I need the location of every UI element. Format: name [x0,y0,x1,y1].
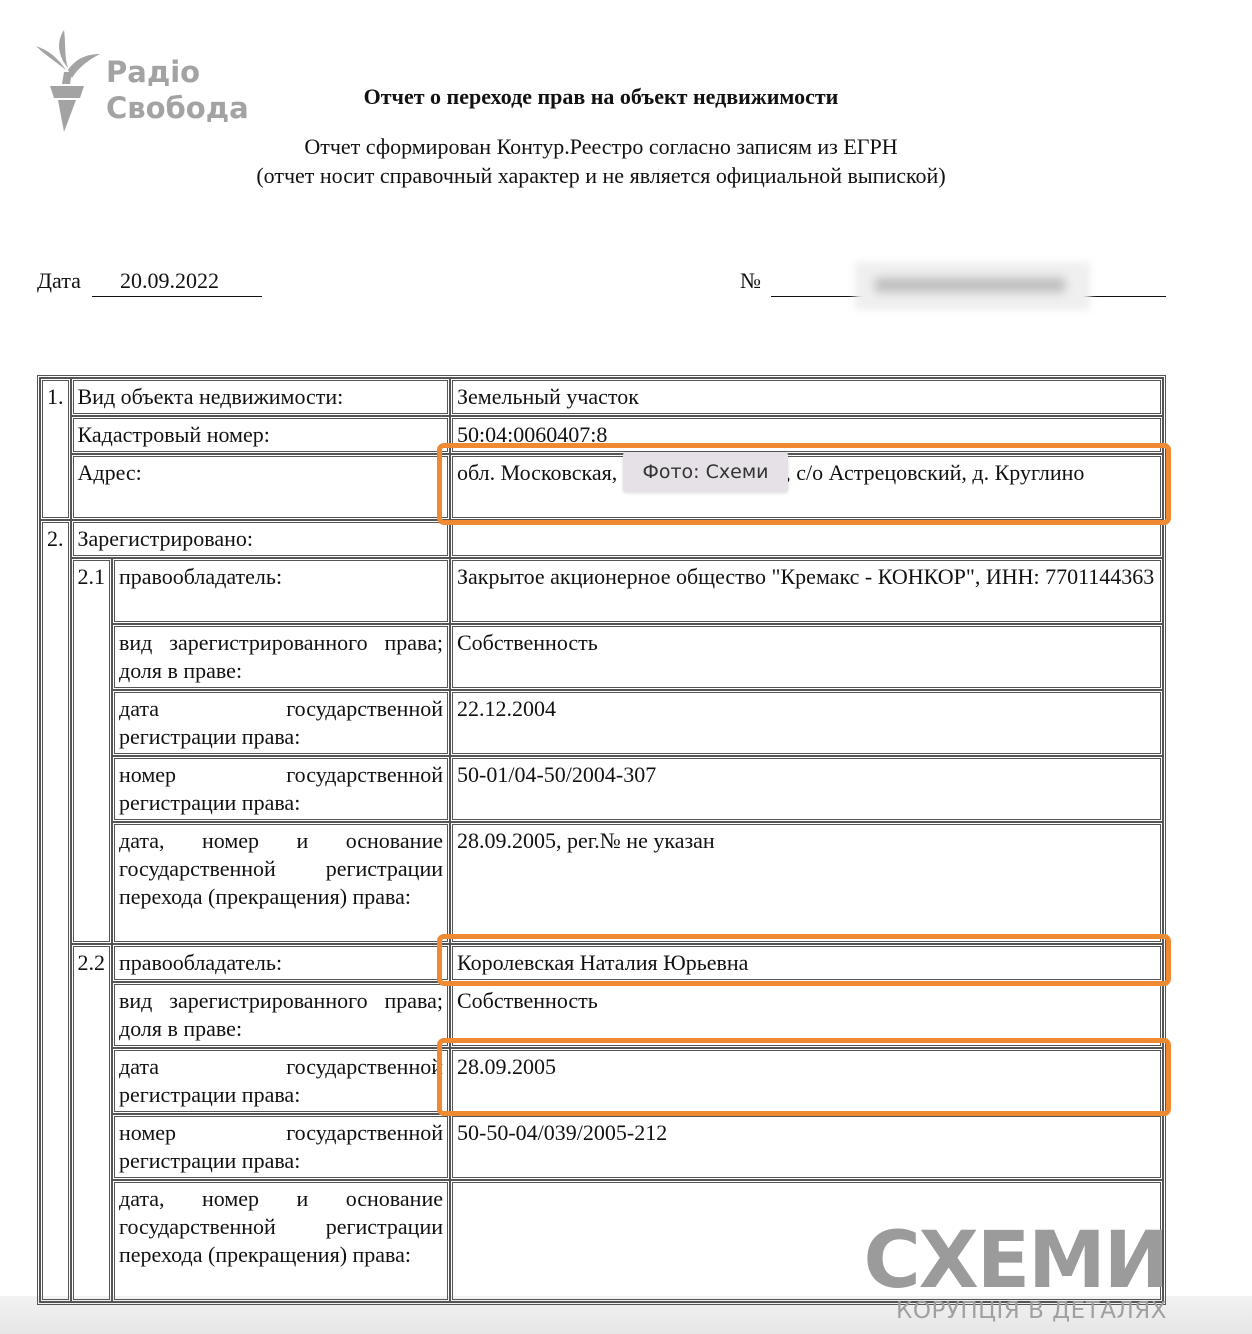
holder-number: 2.1 [71,558,113,944]
row-label: правообладатель: [112,558,450,624]
table-row: номер государственной регистрации права:… [40,756,1163,822]
report-subtitle: Отчет сформирован Контур.Реестро согласн… [0,134,1202,160]
row-label: Зарегистрировано: [71,520,451,558]
section-number: 1. [40,378,71,520]
holder-value: Закрытое акционерное общество "Кремакс -… [450,558,1163,624]
row-label: номер государственной регистрации права: [112,756,450,822]
table-row: 1. Вид объекта недвижимости: Земельный у… [40,378,1163,416]
address-highlight [437,443,1171,525]
table-row: дата, номер и основание государственной … [40,822,1163,944]
table-row: дата государственной регистрации права: … [40,690,1163,756]
date-value: 20.09.2022 [92,268,262,297]
row-label: дата государственной регистрации права: [112,1048,450,1114]
object-type-value: Земельный участок [450,378,1163,416]
row-label: Кадастровый номер: [71,416,451,454]
report-title: Отчет о переходе прав на объект недвижим… [0,84,1202,110]
owner-highlight [437,934,1171,986]
row-label: Вид объекта недвижимости: [71,378,451,416]
row-label: вид зарегистрированного права; доля в пр… [112,982,450,1048]
row-label: правообладатель: [112,944,450,982]
row-label: Адрес: [71,454,451,520]
registration-date-value: 22.12.2004 [450,690,1163,756]
holder-number: 2.2 [71,944,113,1302]
schemy-watermark-subtitle: КОРУПЦІЯ В ДЕТАЛЯХ [862,1300,1167,1323]
report-disclaimer: (отчет носит справочный характер и не яв… [0,163,1202,189]
schemy-watermark: СХЕМИ [862,1222,1167,1300]
right-type-value: Собственность [450,624,1163,690]
row-label: дата, номер и основание государственной … [112,1180,450,1302]
table-row: вид зарегистрированного права; доля в пр… [40,624,1163,690]
number-label: № [740,268,761,294]
row-label: дата, номер и основание государственной … [112,822,450,944]
table-row: 2.1 правообладатель: Закрытое акционерно… [40,558,1163,624]
table-row: 2. Зарегистрировано: [40,520,1163,558]
torch-icon [34,28,104,136]
date-label: Дата [37,268,81,294]
section-number: 2. [40,520,71,1302]
row-value-empty [450,520,1163,558]
number-value-blurred [855,262,1090,310]
row-label: дата государственной регистрации права: [112,690,450,756]
logo-text-radio: Радіо [106,58,200,87]
date-highlight [437,1038,1171,1116]
registration-number-value: 50-50-04/039/2005-212 [450,1114,1163,1180]
photo-credit-tooltip: Фото: Схеми [623,452,788,492]
table-row: номер государственной регистрации права:… [40,1114,1163,1180]
row-label: номер государственной регистрации права: [112,1114,450,1180]
radio-svoboda-logo: Радіо Свобода [34,28,264,138]
transfer-value: 28.09.2005, рег.№ не указан [450,822,1163,944]
row-label: вид зарегистрированного права; доля в пр… [112,624,450,690]
registration-number-value: 50-01/04-50/2004-307 [450,756,1163,822]
